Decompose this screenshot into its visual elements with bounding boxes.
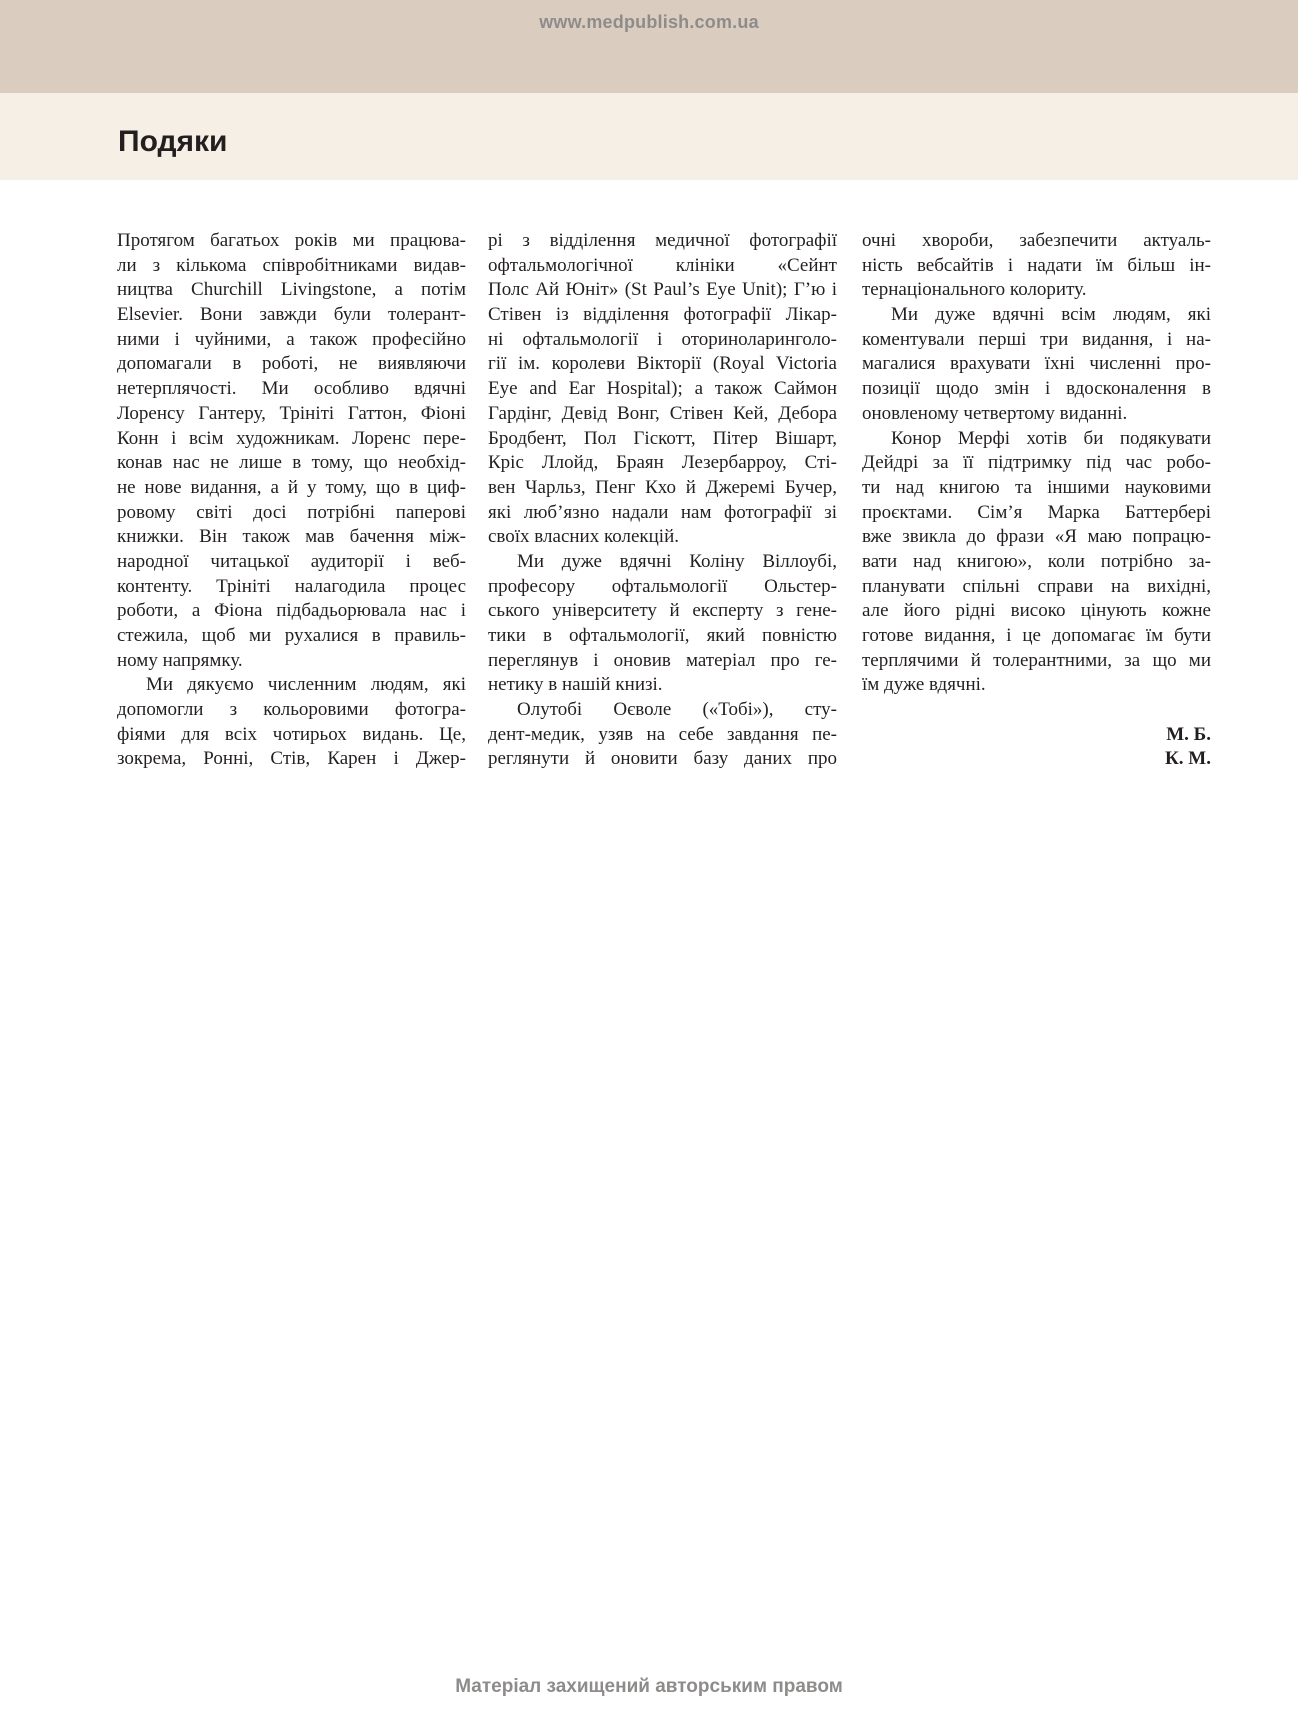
- text-line: конав нас не лише в тому, що необхід-: [117, 451, 466, 476]
- text-line: очні хвороби, забезпечити актуаль-: [862, 229, 1211, 254]
- text-line: народної читацької аудиторії і веб-: [117, 550, 466, 575]
- text-line: ського університету й експерту з гене-: [488, 599, 837, 624]
- text-line: Протягом багатьох років ми працюва-: [117, 229, 466, 254]
- text-line: професору офтальмології Ольстер-: [488, 575, 837, 600]
- text-line: готове видання, і це допомагає їм бути: [862, 624, 1211, 649]
- text-line: офтальмологічної клініки «Сейнт: [488, 254, 837, 279]
- text-line: магалися врахувати їхні численні про-: [862, 352, 1211, 377]
- text-line: вен Чарльз, Пенг Кхо й Джеремі Бучер,: [488, 476, 837, 501]
- text-line: Лоренсу Гантеру, Трініті Гаттон, Фіоні: [117, 402, 466, 427]
- text-line: вати над книгою», коли потрібно за-: [862, 550, 1211, 575]
- text-line: зокрема, Ронні, Стів, Карен і Джер-: [117, 747, 466, 772]
- text-line: Конн і всім художникам. Лоренс пере-: [117, 427, 466, 452]
- text-line: Eye and Ear Hospital); а також Саймон: [488, 377, 837, 402]
- author-signature: К. М.: [862, 747, 1211, 772]
- page-title: Подяки: [118, 122, 228, 162]
- text-line: тернаціонального колориту.: [862, 278, 1211, 303]
- text-line: ними і чуйними, а також професійно: [117, 328, 466, 353]
- text-line: тики в офтальмології, який повністю: [488, 624, 837, 649]
- site-url: www.medpublish.com.ua: [0, 10, 1298, 34]
- text-line: роботи, а Фіона підбадьорювала нас і: [117, 599, 466, 624]
- text-line: Ми дуже вдячні Коліну Віллоубі,: [488, 550, 837, 575]
- text-line: ному напрямку.: [117, 649, 466, 674]
- text-line: їм дуже вдячні.: [862, 673, 1211, 698]
- text-line: не нове видання, а й у тому, що в циф-: [117, 476, 466, 501]
- text-line: Олутобі Оєволе («Тобі»), сту-: [488, 698, 837, 723]
- text-column-1: Протягом багатьох років ми працюва-ли з …: [117, 229, 466, 772]
- text-line: планувати спільні справи на вихідні,: [862, 575, 1211, 600]
- text-line: але його рідні високо цінують кожне: [862, 599, 1211, 624]
- text-line: нетерплячості. Ми особливо вдячні: [117, 377, 466, 402]
- text-line: вже звикла до фрази «Я маю попрацю-: [862, 525, 1211, 550]
- text-line: фіями для всіх чотирьох видань. Це,: [117, 723, 466, 748]
- copyright-note: Матеріал захищений авторським правом: [0, 1674, 1298, 1700]
- text-line: ні офтальмології і оториноларинголо-: [488, 328, 837, 353]
- text-line: терплячими й толерантними, за що ми: [862, 649, 1211, 674]
- text-line: оновленому четвертому виданні.: [862, 402, 1211, 427]
- text-line: контенту. Трініті налагодила процес: [117, 575, 466, 600]
- text-line: книжки. Він також мав бачення між-: [117, 525, 466, 550]
- text-line: ність вебсайтів і надати їм більш ін-: [862, 254, 1211, 279]
- text-line: дент-медик, узяв на себе завдання пе-: [488, 723, 837, 748]
- text-line: переглянув і оновив матеріал про ге-: [488, 649, 837, 674]
- text-line: ли з кількома співробітниками видав-: [117, 254, 466, 279]
- author-signature: М. Б.: [862, 723, 1211, 748]
- text-line: Ми дуже вдячні всім людям, які: [862, 303, 1211, 328]
- text-line: гії ім. королеви Вікторії (Royal Victori…: [488, 352, 837, 377]
- text-column-3: очні хвороби, забезпечити актуаль-ність …: [862, 229, 1211, 772]
- text-line: ництва Churchill Livingstone, а потім: [117, 278, 466, 303]
- spacer: [862, 698, 1211, 723]
- text-line: коментували перші три видання, і на-: [862, 328, 1211, 353]
- text-line: Дейдрі за її підтримку під час робо-: [862, 451, 1211, 476]
- text-line: ровому світі досі потрібні паперові: [117, 501, 466, 526]
- text-line: Полс Ай Юніт» (St Paul’s Eye Unit); Г’ю …: [488, 278, 837, 303]
- text-line: Бродбент, Пол Гіскотт, Пітер Вішарт,: [488, 427, 837, 452]
- text-line: своїх власних колекцій.: [488, 525, 837, 550]
- text-line: Конор Мерфі хотів би подякувати: [862, 427, 1211, 452]
- text-line: Гардінг, Девід Вонг, Стівен Кей, Дебора: [488, 402, 837, 427]
- header-band: www.medpublish.com.ua: [0, 0, 1298, 93]
- text-line: ти над книгою та іншими науковими: [862, 476, 1211, 501]
- text-line: які люб’язно надали нам фотографії зі: [488, 501, 837, 526]
- text-line: допомагали в роботі, не виявляючи: [117, 352, 466, 377]
- text-line: реглянути й оновити базу даних про: [488, 747, 837, 772]
- text-line: рі з відділення медичної фотографії: [488, 229, 837, 254]
- text-line: Стівен із відділення фотографії Лікар-: [488, 303, 837, 328]
- text-column-2: рі з відділення медичної фотографіїофтал…: [488, 229, 837, 772]
- text-line: стежила, щоб ми рухалися в правиль-: [117, 624, 466, 649]
- text-line: Кріс Ллойд, Браян Лезербарроу, Сті-: [488, 451, 837, 476]
- text-line: Ми дякуємо численним людям, які: [117, 673, 466, 698]
- text-line: нетику в нашій книзі.: [488, 673, 837, 698]
- text-line: допомогли з кольоровими фотогра-: [117, 698, 466, 723]
- text-line: Elsevier. Вони завжди були толерант-: [117, 303, 466, 328]
- text-line: проєктами. Сім’я Марка Баттербері: [862, 501, 1211, 526]
- text-line: позиції щодо змін і вдосконалення в: [862, 377, 1211, 402]
